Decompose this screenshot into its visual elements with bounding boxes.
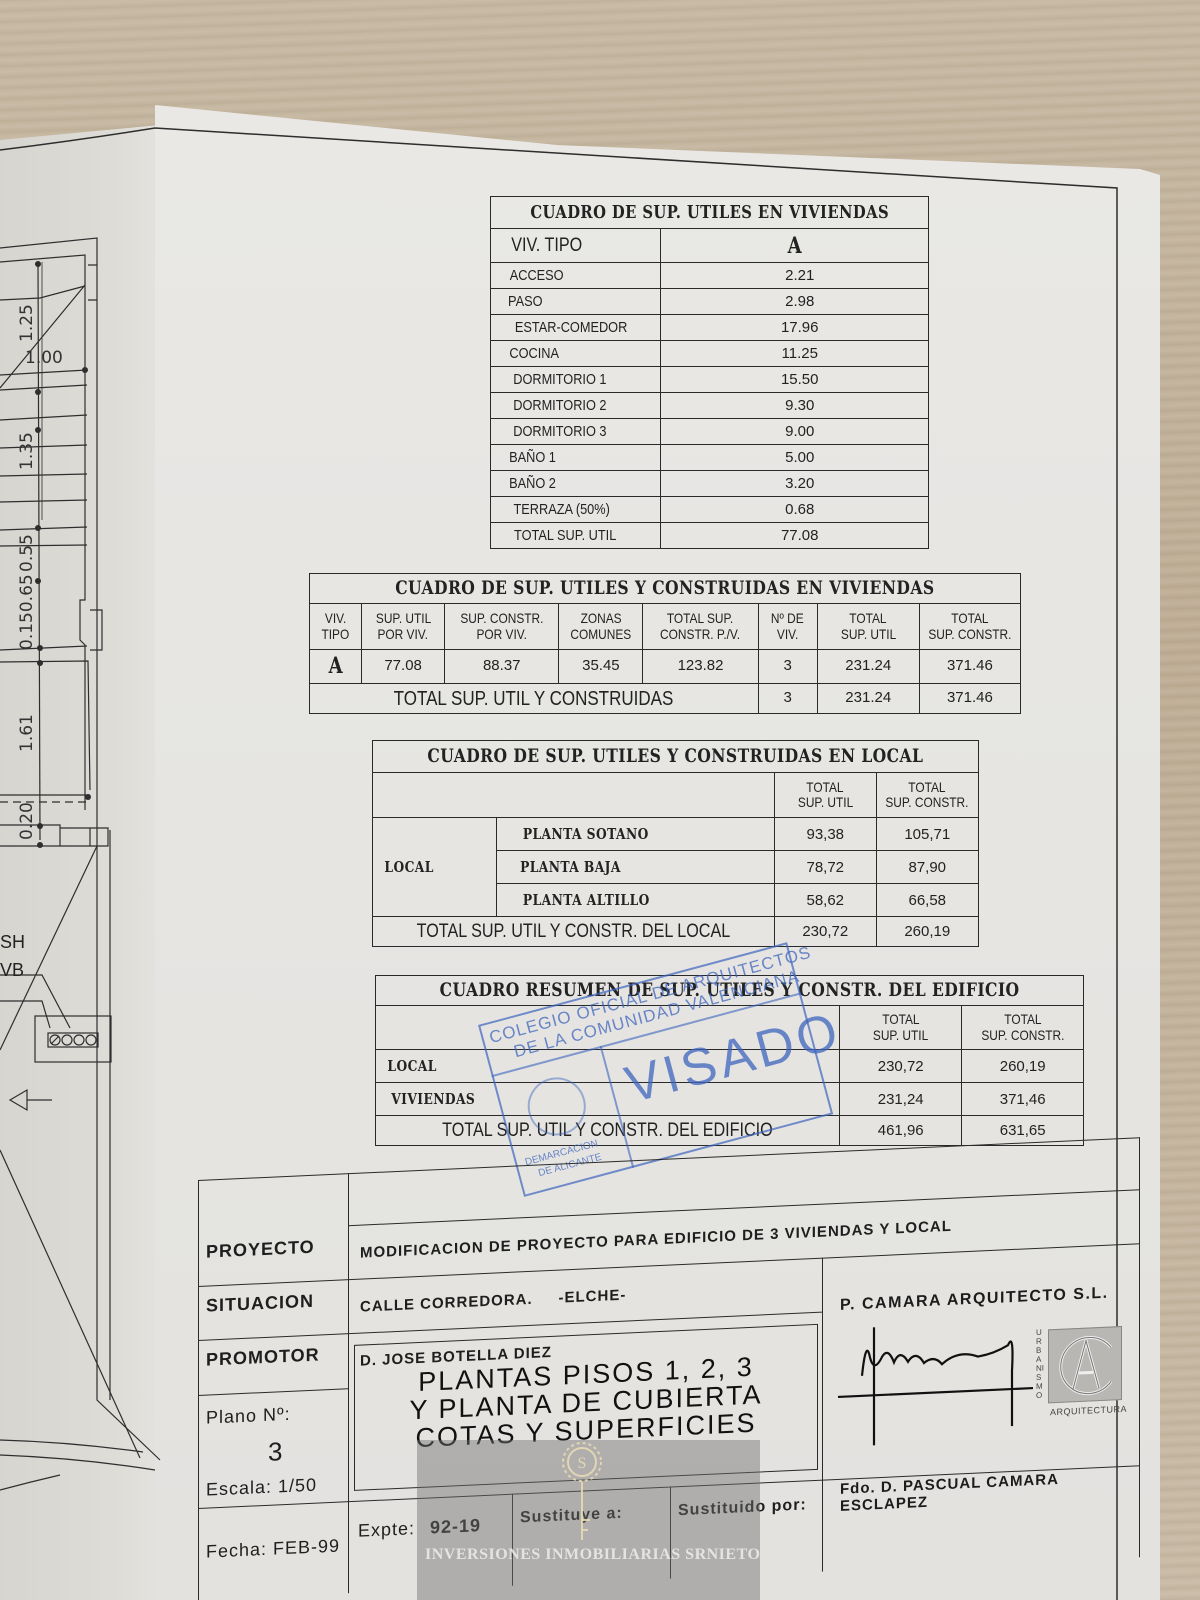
table-row: BAÑO 23.20 xyxy=(491,471,929,497)
table-title: CUADRO DE SUP. UTILES Y CONSTRUIDAS EN V… xyxy=(395,578,934,599)
logo-side-text: URBANISMO xyxy=(1036,1328,1044,1400)
table-row: PASO2.98 xyxy=(491,289,929,315)
plan-label-sh: SH xyxy=(0,932,25,953)
label-expte: Expte: xyxy=(358,1518,415,1542)
plan-label-vb: VB xyxy=(0,960,24,981)
table-row: ESTAR-COMEDOR17.96 xyxy=(491,315,929,341)
dimension-label: 1.25 xyxy=(17,304,37,342)
dimension-label: 0.150.65 xyxy=(17,574,37,650)
dimension-label: 1.00 xyxy=(25,348,63,368)
table-row: DORMITORIO 115.50 xyxy=(491,367,929,393)
dimension-label: 1.35 xyxy=(17,432,37,470)
firm-logo xyxy=(1048,1326,1122,1403)
table-title: CUADRO DE SUP. UTILES EN VIVIENDAS xyxy=(530,202,889,223)
table-total-row: TOTAL SUP. UTIL77.08 xyxy=(491,523,929,549)
floor-plan-lines xyxy=(0,120,200,1600)
floor-plan-fragment: 1.25 1.00 1.35 0.55 0.150.65 1.61 0.20 S… xyxy=(0,120,200,1600)
table-row: BAÑO 15.00 xyxy=(491,445,929,471)
table-total-row: TOTAL SUP. UTIL Y CONSTR. DEL LOCAL 230,… xyxy=(373,917,979,947)
table-header-row: VIV.TIPO SUP. UTILPOR VIV. SUP. CONSTR.P… xyxy=(310,604,1021,650)
table-row: COCINA11.25 xyxy=(491,341,929,367)
table-utiles-viviendas: CUADRO DE SUP. UTILES EN VIVIENDAS VIV. … xyxy=(490,196,929,549)
table-title: CUADRO RESUMEN DE SUP. UTILES Y CONSTR. … xyxy=(440,979,1020,1001)
watermark-text: INVERSIONES INMOBILIARIAS SRNIETO xyxy=(425,1546,760,1564)
watermark-overlay: S INVERSIONES INMOBILIARIAS SRNIETO xyxy=(417,1440,760,1600)
dimension-label: 1.61 xyxy=(17,714,37,752)
header-viv-tipo: VIV. TIPO xyxy=(491,229,661,263)
svg-text:S: S xyxy=(578,1455,587,1472)
table-row: VIVIENDAS 231,24 371,46 xyxy=(376,1083,1084,1116)
table-header-row: TOTALSUP. UTIL TOTALSUP. CONSTR. xyxy=(376,1006,1084,1050)
dimension-label: 0.55 xyxy=(17,534,37,572)
table-row: ACCESO2.21 xyxy=(491,263,929,289)
logo-ac-icon xyxy=(1049,1327,1123,1404)
table-utiles-construidas-viviendas: CUADRO DE SUP. UTILES Y CONSTRUIDAS EN V… xyxy=(309,573,1021,714)
table-resumen-edificio: CUADRO RESUMEN DE SUP. UTILES Y CONSTR. … xyxy=(375,975,1084,1146)
table-title: CUADRO DE SUP. UTILES Y CONSTRUIDAS EN L… xyxy=(427,745,923,767)
table-total-row: TOTAL SUP. UTIL Y CONSTR. DEL EDIFICIO 4… xyxy=(376,1116,1084,1146)
table-row: DORMITORIO 39.00 xyxy=(491,419,929,445)
table-row: LOCAL 230,72 260,19 xyxy=(376,1050,1084,1083)
table-row: A 77.08 88.37 35.45 123.82 3 231.24 371.… xyxy=(310,650,1021,684)
table-total-row: TOTAL SUP. UTIL Y CONSTRUIDAS 3 231.24 3… xyxy=(310,684,1021,714)
table-row: TERRAZA (50%)0.68 xyxy=(491,497,929,523)
dimension-label: 0.20 xyxy=(17,802,37,840)
signature xyxy=(838,1310,1038,1449)
value-plano: 3 xyxy=(268,1436,283,1468)
label-plano: Plano Nº: xyxy=(206,1404,291,1429)
header-tipo-a: A xyxy=(661,229,929,263)
table-header-row: TOTALSUP. UTIL TOTALSUP. CONSTR. xyxy=(373,773,979,818)
table-row: DORMITORIO 29.30 xyxy=(491,393,929,419)
table-utiles-construidas-local: CUADRO DE SUP. UTILES Y CONSTRUIDAS EN L… xyxy=(372,740,979,947)
table-row: LOCAL PLANTA SOTANO 93,38 105,71 xyxy=(373,818,979,851)
key-monogram-icon: S xyxy=(560,1440,604,1545)
